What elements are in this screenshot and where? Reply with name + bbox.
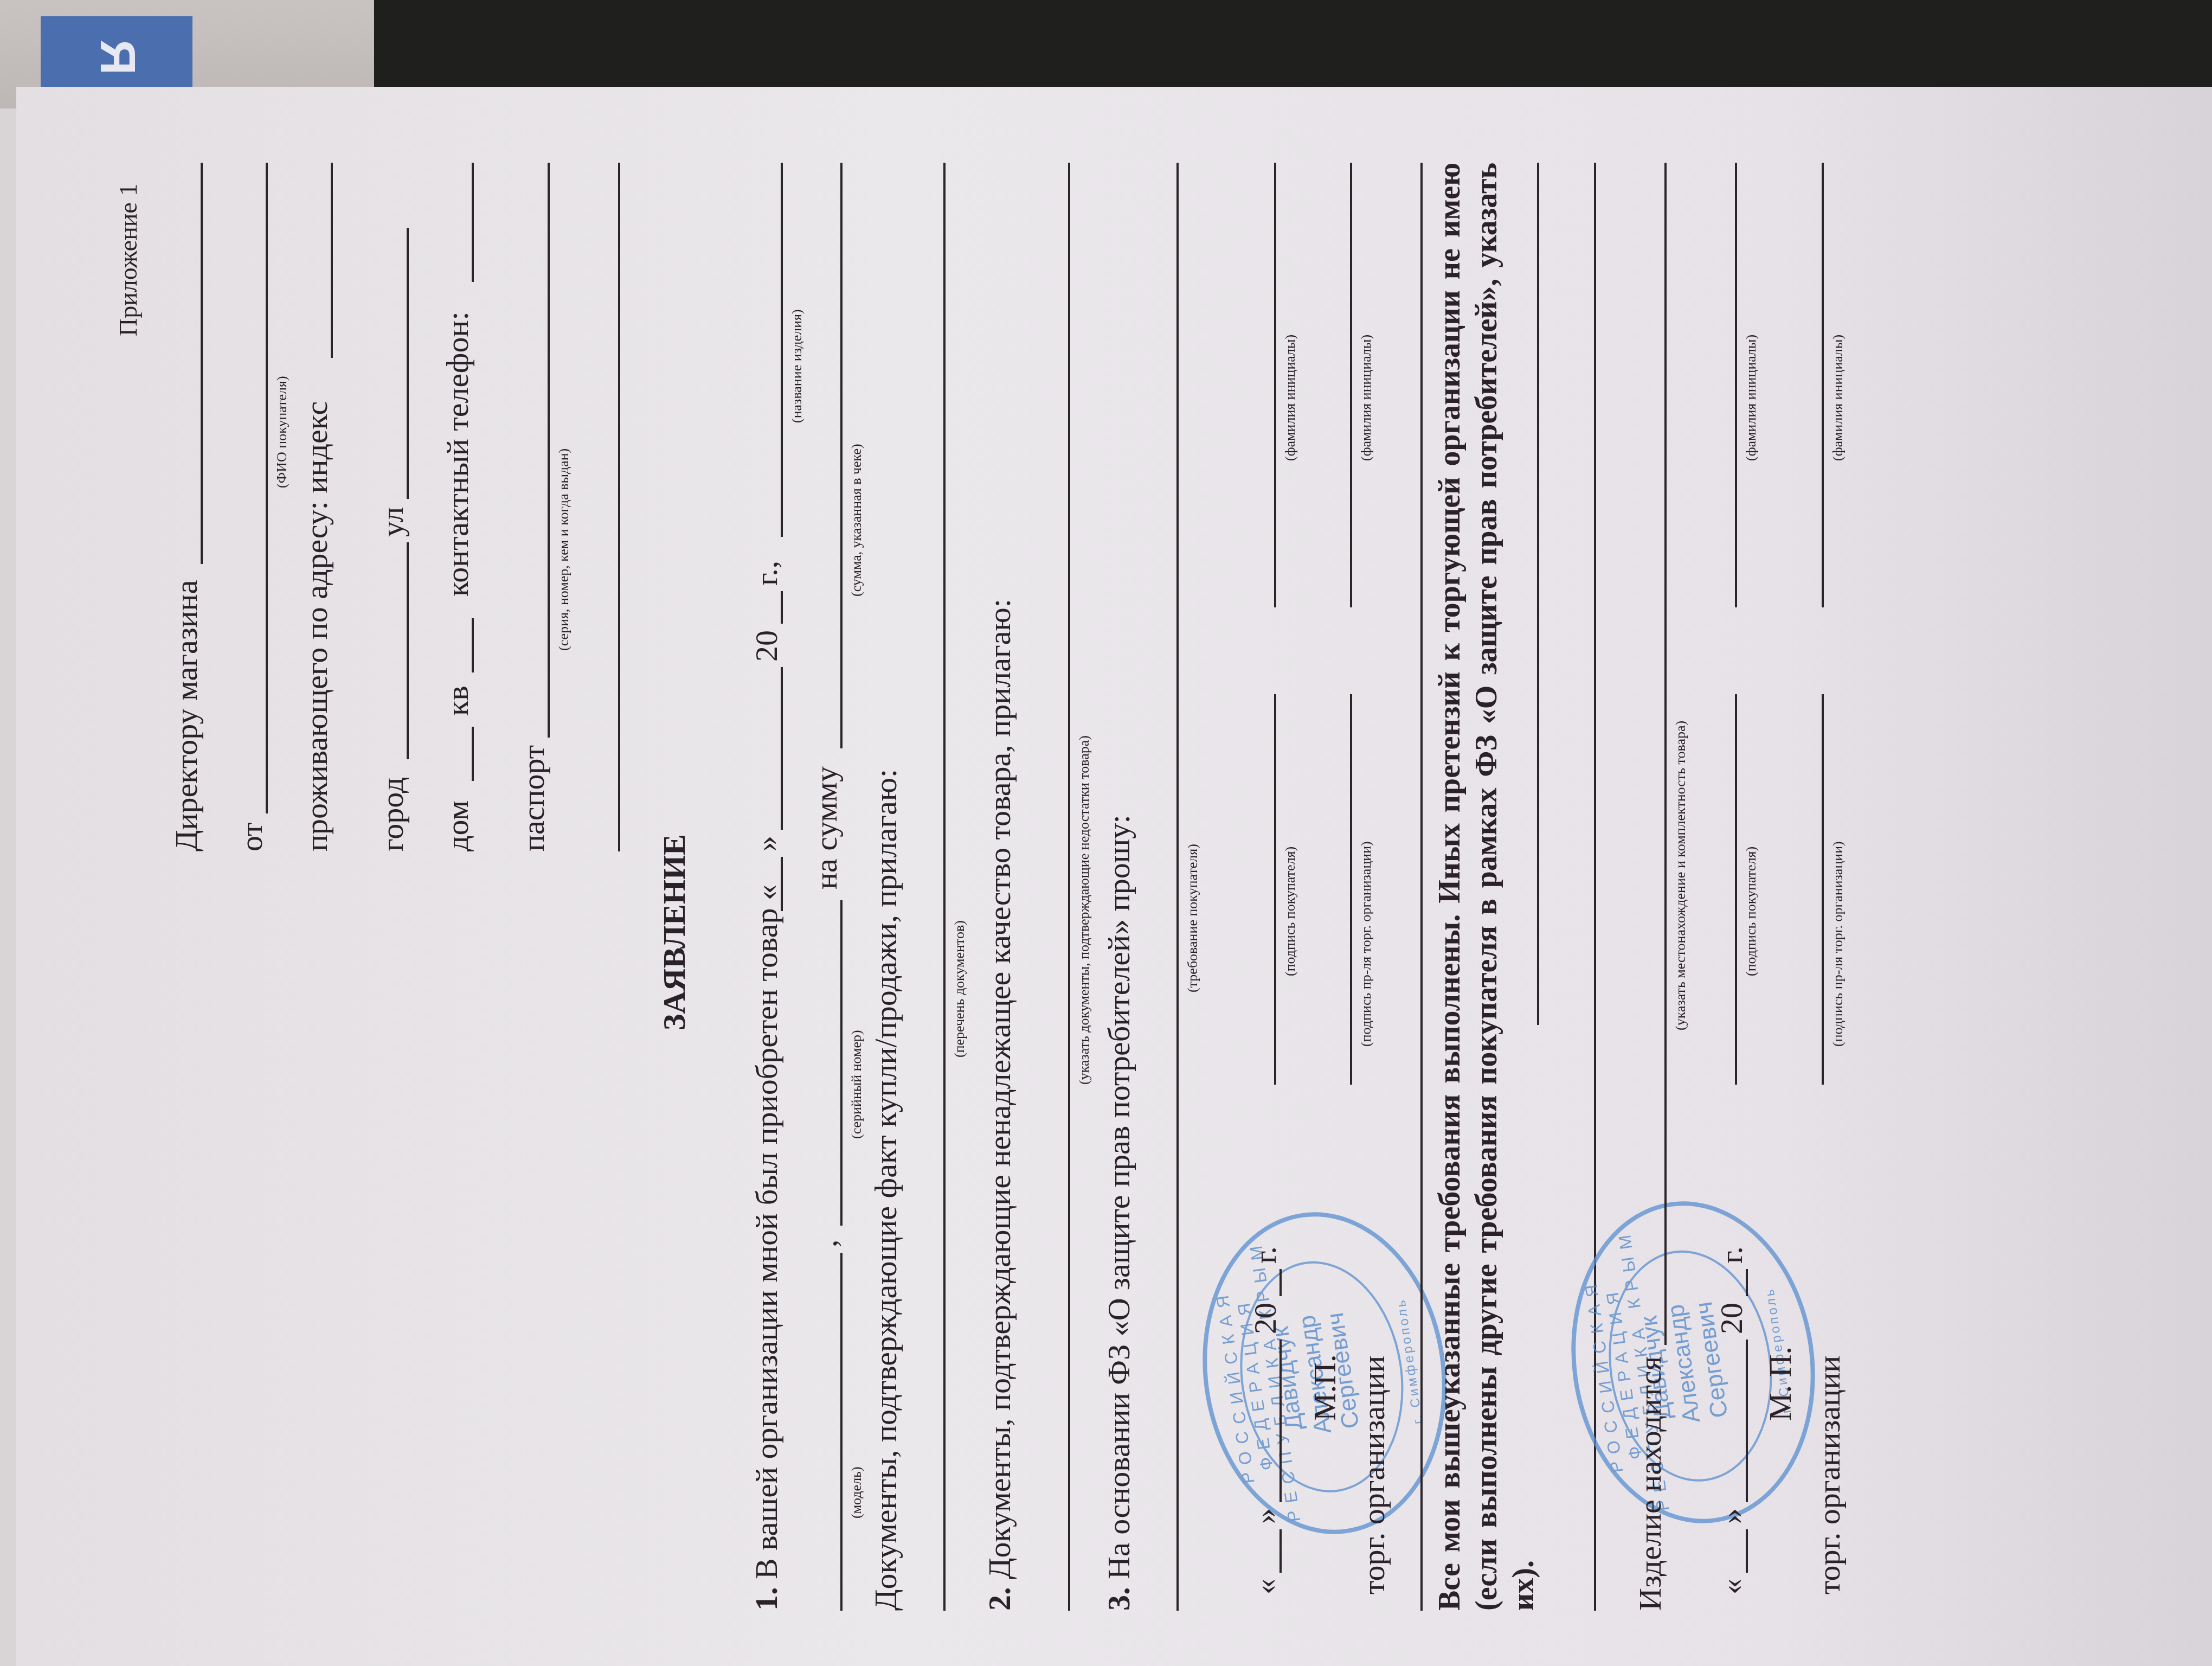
sign2-day-field[interactable] xyxy=(1746,1529,1748,1573)
sales-docs-text: Документы, подтверждающие факт купли/про… xyxy=(867,769,904,1611)
sign2-year-suffix: г. xyxy=(1713,1246,1750,1264)
from-hint: (ФИО покупателя) xyxy=(274,376,290,488)
model-hint: (модель) xyxy=(848,1466,865,1518)
street-label: ул xyxy=(374,507,410,537)
org-name-hint: (фамилия инициалы) xyxy=(1358,335,1374,461)
purchase-month-field[interactable] xyxy=(781,667,783,830)
divider xyxy=(1420,163,1423,1611)
house-label: дом xyxy=(439,800,475,851)
buyer-signature-hint: (подпись покупателя) xyxy=(1282,847,1298,976)
from-label: от xyxy=(233,822,269,851)
phone-label: контактный телефон: xyxy=(439,311,475,597)
buyer-signature-hint-2: (подпись покупателя) xyxy=(1743,847,1759,976)
section2-text: 2. Документы, подтверждающие ненадлежаще… xyxy=(981,599,1018,1611)
phone-field[interactable] xyxy=(472,163,474,282)
quality-docs-hint: (указать документы, подтверждающие недос… xyxy=(1076,735,1092,1085)
passport-label: паспорт xyxy=(515,745,551,851)
sum-field[interactable] xyxy=(840,163,843,748)
year-prefix: 20 xyxy=(748,630,785,662)
comma: , xyxy=(808,1240,844,1248)
sales-docs-field[interactable] xyxy=(943,163,946,1611)
passport-field-2[interactable] xyxy=(618,163,620,851)
buyer-signature-field-2[interactable] xyxy=(1735,694,1737,1085)
org-signature-field-2[interactable] xyxy=(1822,694,1824,1085)
purchase-day-field[interactable] xyxy=(781,857,783,911)
apartment-label: кв xyxy=(439,685,475,716)
passport-hint: (серия, номер, кем и когда выдан) xyxy=(556,448,572,651)
section2-number: 2. xyxy=(982,1587,1017,1611)
buyer-name-hint-2: (фамилия инициалы) xyxy=(1743,335,1759,461)
product-name-field[interactable] xyxy=(781,163,783,537)
sign2-month-field[interactable] xyxy=(1746,1340,1748,1502)
serial-number-field[interactable] xyxy=(840,900,843,1226)
quality-docs-field[interactable] xyxy=(1068,163,1070,1611)
location-hint: (указать местонахождение и комплектность… xyxy=(1673,721,1689,1030)
location-field[interactable] xyxy=(1664,163,1667,1345)
sign2-year-field[interactable] xyxy=(1746,1269,1748,1296)
document-title: ЗАЯВЛЕНИЕ xyxy=(656,834,692,1030)
date-open: « xyxy=(1247,1579,1283,1594)
sign1-year-suffix: г. xyxy=(1247,1246,1283,1264)
appendix-label: Приложение 1 xyxy=(114,184,143,336)
city-label: город xyxy=(374,777,410,851)
sign1-day-field[interactable] xyxy=(1279,1529,1282,1573)
stamp-place-2: М. П. xyxy=(1762,1347,1798,1421)
date-close: » xyxy=(1247,1508,1283,1524)
sign1-year-prefix: 20 xyxy=(1247,1303,1283,1334)
section3-number: 3. xyxy=(1101,1587,1136,1611)
buyer-name-initials-field-2[interactable] xyxy=(1735,163,1737,607)
index-field[interactable] xyxy=(331,163,333,358)
org-signature-field[interactable] xyxy=(1350,694,1352,1085)
house-field[interactable] xyxy=(472,727,474,781)
sum-hint: (сумма, указанная в чеке) xyxy=(848,444,865,597)
buyer-demand-field[interactable] xyxy=(1176,163,1179,1611)
claim-form: Приложение 1 Директору магазина от (ФИО … xyxy=(98,163,2212,1627)
org-signature-hint-2: (подпись пр-ля торг. организации) xyxy=(1830,841,1846,1047)
serial-hint: (серийный номер) xyxy=(848,1030,865,1139)
section1-number: 1. xyxy=(749,1587,784,1611)
director-label: Директору магазина xyxy=(168,580,204,851)
model-field[interactable] xyxy=(840,1253,843,1611)
org-label-2: торг. организации xyxy=(1811,1356,1847,1594)
org-signature-hint: (подпись пр-ля торг. организации) xyxy=(1358,841,1374,1047)
org-label-1: торг. организации xyxy=(1355,1356,1392,1594)
street-field[interactable] xyxy=(407,228,409,499)
sign1-month-field[interactable] xyxy=(1279,1340,1282,1502)
date-open-2: « xyxy=(1713,1579,1750,1594)
sign1-year-field[interactable] xyxy=(1279,1269,1282,1296)
background-sign: Я xyxy=(41,16,192,98)
statement-text: Все мои вышеуказанные требования выполне… xyxy=(1431,163,1542,1611)
buyer-name-initials-field[interactable] xyxy=(1274,163,1276,607)
buyer-name-hint: (фамилия инициалы) xyxy=(1282,335,1298,461)
other-demands-field[interactable] xyxy=(1537,163,1539,1025)
passport-field[interactable] xyxy=(548,163,550,738)
address-label: проживающего по адресу: индекс xyxy=(298,401,335,851)
buyer-demand-hint: (требование покупателя) xyxy=(1185,844,1201,992)
product-hint: (название изделия) xyxy=(789,309,805,423)
org-name-initials-field-2[interactable] xyxy=(1822,163,1824,607)
city-field[interactable] xyxy=(407,542,409,759)
purchase-year-field[interactable] xyxy=(781,591,783,624)
sales-docs-hint: (перечень документов) xyxy=(951,920,968,1058)
buyer-name-field[interactable] xyxy=(266,163,268,813)
apartment-field[interactable] xyxy=(472,618,474,672)
location-label: Изделие находится xyxy=(1632,1356,1668,1611)
quote-close: » xyxy=(748,836,785,851)
director-field[interactable] xyxy=(201,163,203,564)
stamp-place-1: М.П. xyxy=(1307,1355,1343,1421)
year-suffix: г., xyxy=(748,561,785,586)
sum-label: на сумму xyxy=(808,766,844,889)
sign2-year-prefix: 20 xyxy=(1713,1303,1750,1334)
date-close-2: » xyxy=(1713,1508,1750,1524)
buyer-signature-field[interactable] xyxy=(1274,694,1276,1085)
org-name-initials-field[interactable] xyxy=(1350,163,1352,607)
org-name-hint-2: (фамилия инициалы) xyxy=(1830,335,1846,461)
section1-text: 1. В вашей организации мной был приобрет… xyxy=(748,885,785,1611)
section3-text: 3. На основании ФЗ «О защите прав потреб… xyxy=(1101,815,1137,1611)
